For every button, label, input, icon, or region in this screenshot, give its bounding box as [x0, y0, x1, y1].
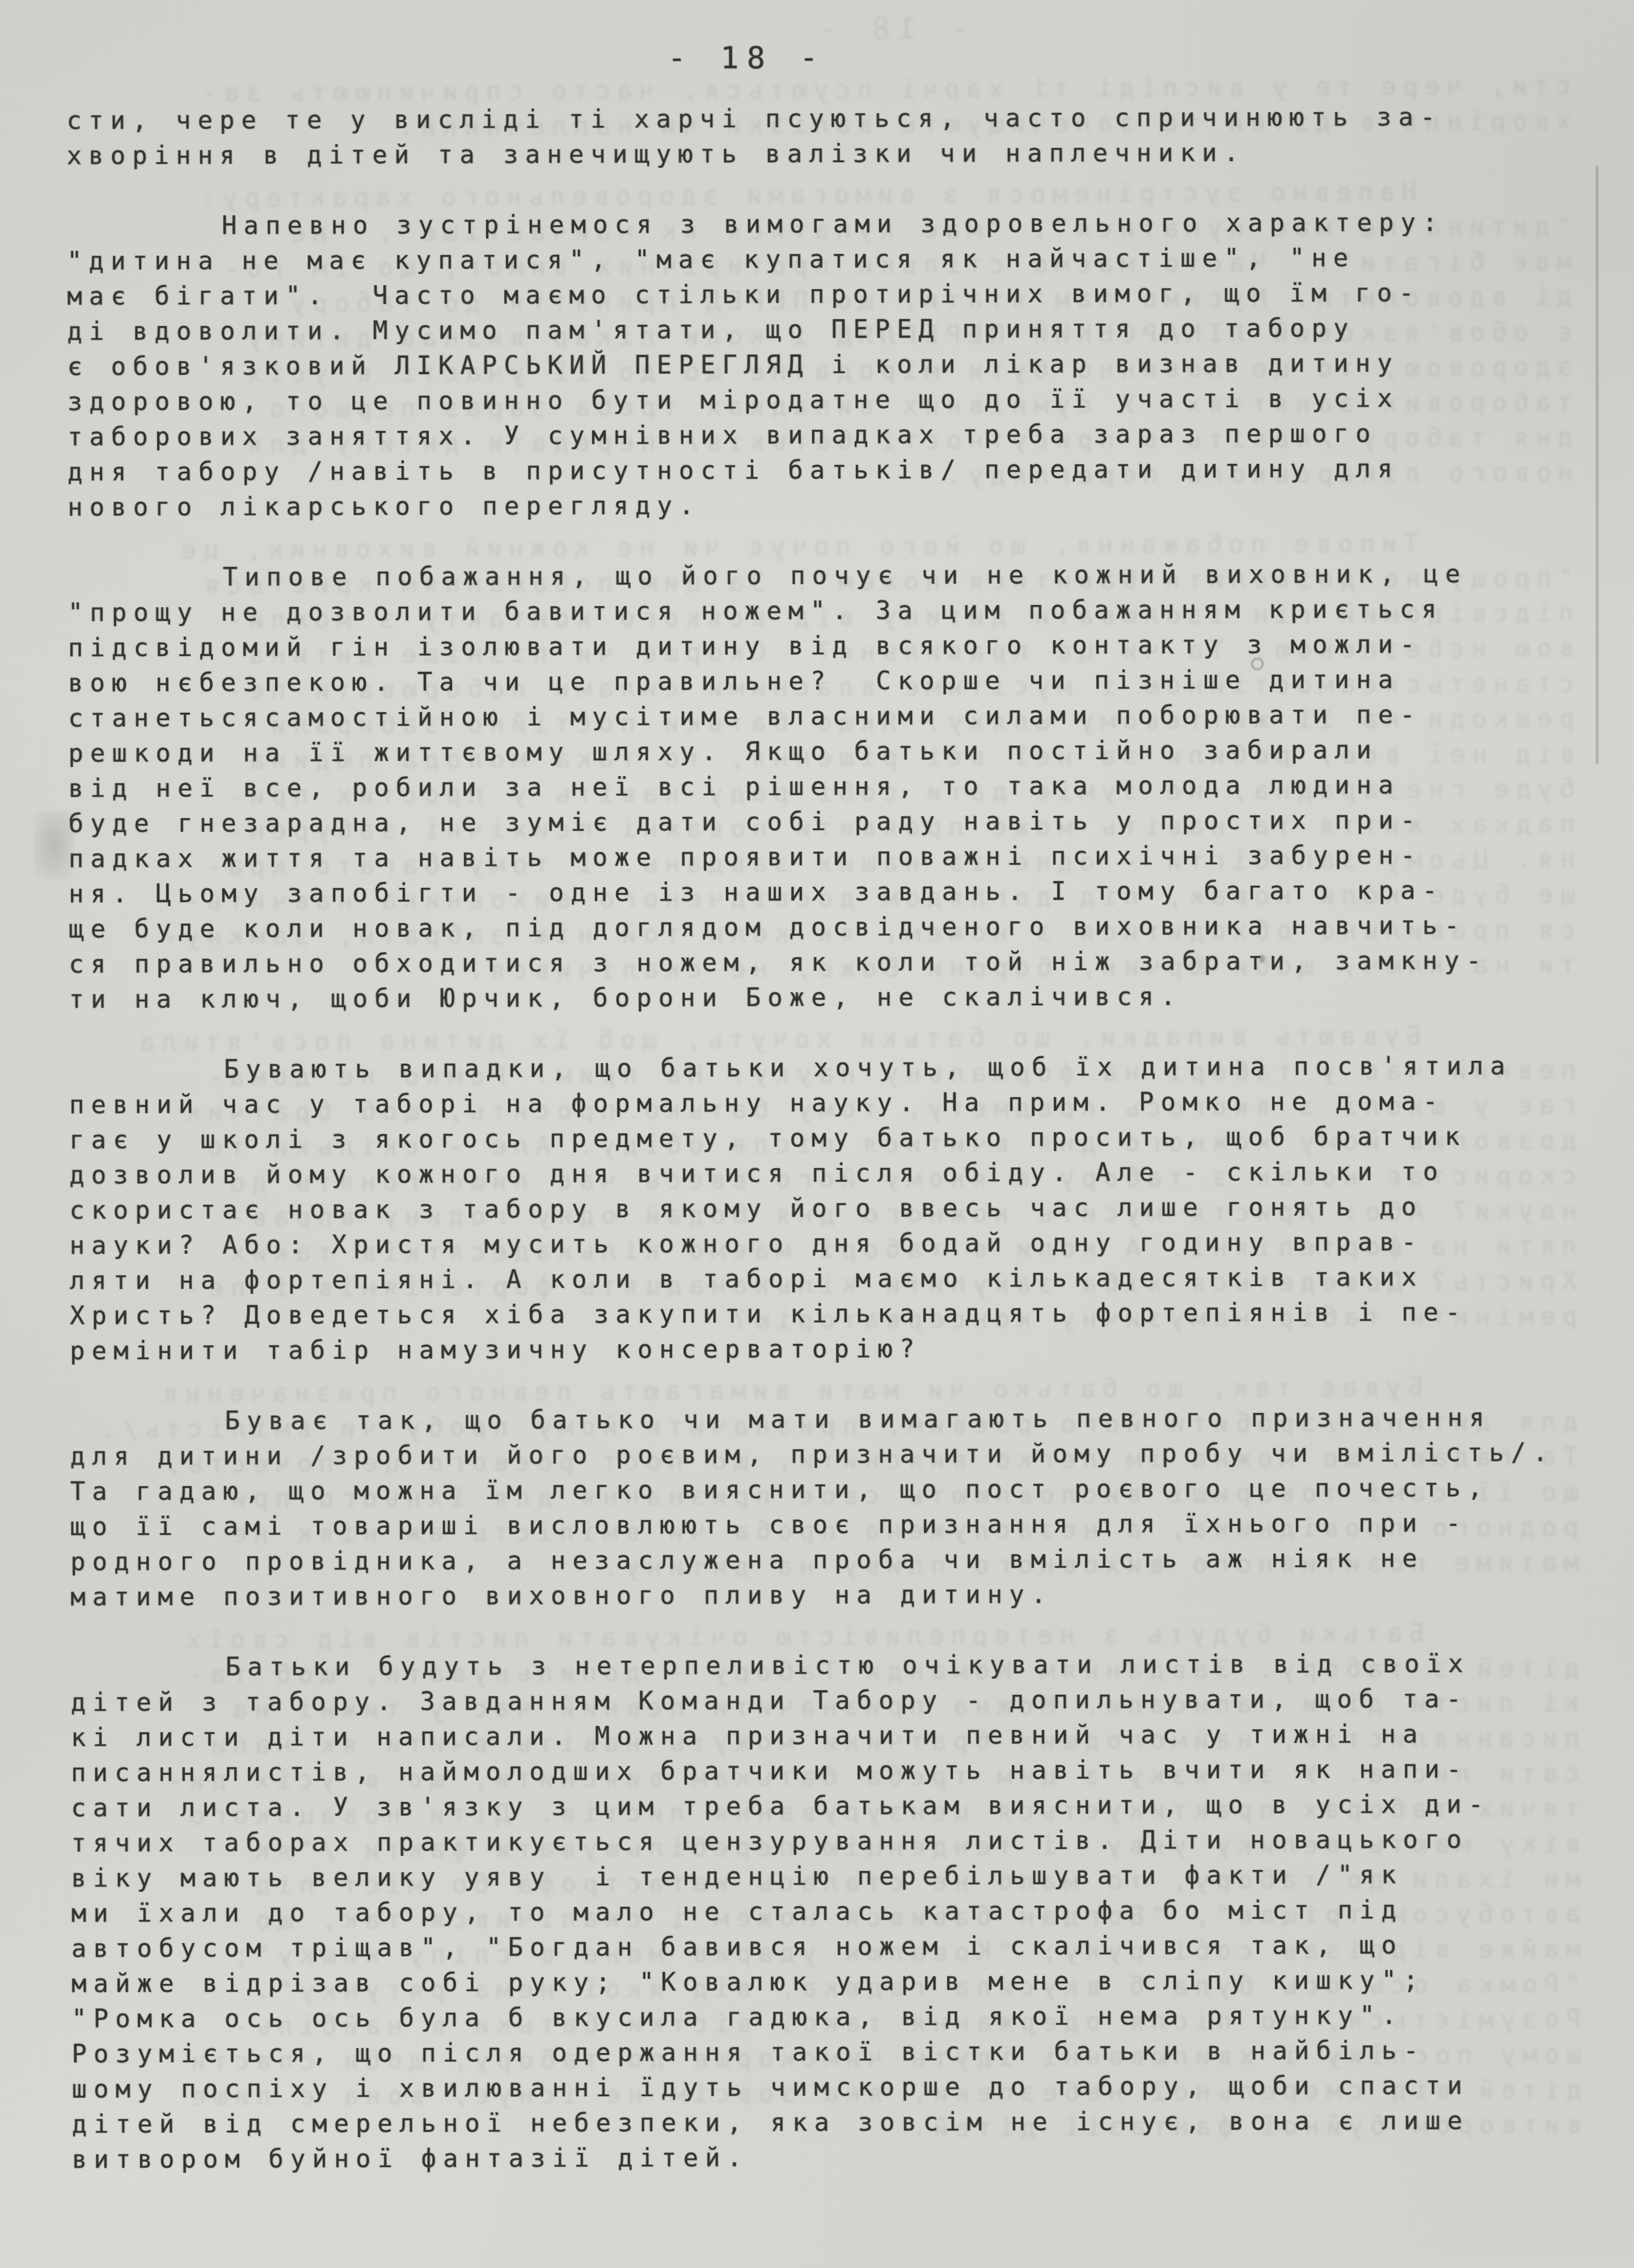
text-line: витвором буйної фантазії дітей. [72, 2138, 1591, 2177]
text-line: хворіння в дітей та занечищують валізки … [67, 134, 1586, 174]
page-number: - 18 - [0, 38, 1506, 78]
text-line: вою нєбезпекою. Та чи це правильне? Скор… [68, 662, 1587, 701]
paragraph: Батьки будуть з нетерпеливістю очікувати… [71, 1646, 1591, 2177]
paragraph: Напевно зустрінемося з вимогами здоровел… [67, 205, 1587, 525]
text-line: ся правильно обходитися з ножем, як коли… [69, 943, 1588, 982]
text-line: шому поспіху і хвилюванні їдуть чимскорш… [71, 2068, 1591, 2107]
scan-smudge [34, 811, 74, 879]
text-line: науки? Або: Христя мусить кожного дня бо… [70, 1224, 1589, 1263]
text-line: дітей від смерельної небезпеки, яка зовс… [72, 2103, 1591, 2142]
text-line: ще буде коли новак, під доглядом досвідч… [69, 908, 1588, 947]
text-line: Батьки будуть з нетерпеливістю очікувати… [71, 1646, 1590, 1685]
text-line: "дитина не має купатися", "має купатися … [67, 240, 1586, 279]
scan-edge-line [1596, 166, 1598, 764]
text-line: падках життя та навіть може проявити пов… [69, 837, 1588, 877]
text-line: віку мають велику уяву і тенденцію переб… [71, 1857, 1590, 1896]
text-line: сати листа. У зв'язку з цим треба батька… [71, 1787, 1590, 1826]
text-line: кі листи діти написали. Можна призначити… [71, 1716, 1590, 1755]
scan-speck [1259, 955, 1265, 963]
text-line: дозволив йому кожного дня вчитися після … [69, 1154, 1589, 1193]
text-line: тячих таборах практикується цензурування… [71, 1822, 1590, 1861]
paragraphs-container: сти, чере те у висліді ті харчі псуються… [66, 99, 1591, 2177]
scanned-document-page: { "document": { "page_number": "- 18 -",… [0, 0, 1634, 2268]
text-line: буде гнезарадна, не зуміє дати собі раду… [69, 802, 1588, 841]
text-line: таборових заняттях. У сумнівних випадках… [67, 416, 1587, 455]
text-line: підсвідомий гін ізолювати дитину від вся… [68, 627, 1587, 666]
text-line: ді вдоволити. Мусимо пам'ятати, що ПЕРЕД… [67, 310, 1586, 349]
text-line: автобусом тріщав", "Богдан бавився ножем… [71, 1927, 1591, 1966]
text-line: Буває так, що батько чи мати вимагають п… [70, 1400, 1589, 1439]
text-line: матиме позитивного виховного пливу на ди… [70, 1576, 1590, 1615]
text-line: писаннялистів, наймолодших братчики можу… [71, 1751, 1590, 1791]
text-line: є обов'язковий ЛІКАРСЬКИЙ ПЕРЕГЛЯД і кол… [67, 345, 1586, 384]
text-line: сти, чере те у висліді ті харчі псуються… [66, 99, 1586, 138]
text-line: Христь? Доведеться хіба закупити кількан… [70, 1294, 1589, 1334]
text-line: Та гадаю, що можна їм легко вияснити, що… [70, 1470, 1590, 1509]
text-line: скористає новак з табору в якому його вв… [69, 1189, 1589, 1228]
text-line: решкоди на її життєвому шляху. Якщо бать… [68, 732, 1587, 771]
text-line: родного провідника, а незаслужена проба … [70, 1541, 1590, 1580]
text-line: дітей з табору. Завданням Команди Табору… [71, 1681, 1590, 1720]
text-line: Напевно зустрінемося з вимогами здоровел… [67, 205, 1586, 244]
text-line: здоровою, то це повинно бути міродатне щ… [67, 380, 1587, 420]
text-line: "прощу не дозволити бавитися ножем". За … [68, 591, 1587, 631]
text-line: ня. Цьому запобігти - одне із наших завд… [69, 873, 1588, 912]
page-text-column: - 18 - сти, чере те у висліді ті харчі п… [66, 37, 1591, 2177]
text-line: що її самі товариші висловлюють своє при… [70, 1505, 1590, 1545]
text-line: гає у школі з якогось предмету, тому бат… [69, 1119, 1589, 1158]
paragraph: сти, чере те у висліді ті харчі псуються… [66, 99, 1586, 174]
text-line: станетьсясамостійною і мусітиме власними… [68, 697, 1587, 736]
text-line: від неї все, робили за неї всі рішення, … [68, 767, 1587, 806]
text-line: дня табору /навіть в присутності батьків… [67, 451, 1587, 490]
paragraph: Типове побажання, що його почує чи не ко… [67, 556, 1588, 1017]
text-line: Бувають випадки, що батьки хочуть, щоб ї… [69, 1048, 1589, 1088]
text-line: ти на ключ, щоби Юрчик, борони Боже, не … [69, 978, 1588, 1017]
text-line: майже відрізав собі руку; "Ковалюк удари… [71, 1962, 1591, 2002]
text-line: ми їхали до табору, то мало не сталась к… [71, 1892, 1591, 1931]
scan-speck [1251, 658, 1264, 670]
text-line: ремінити табір намузичну консерваторію? [70, 1330, 1589, 1369]
text-line: Розуміється, що після одержання такої ві… [71, 2033, 1591, 2072]
text-line: певний час у таборі на формальну науку. … [69, 1084, 1589, 1123]
text-line: має бігати". Часто маємо стільки протирі… [67, 275, 1586, 314]
paragraph: Буває так, що батько чи мати вимагають п… [70, 1400, 1590, 1615]
text-line: для дитини /зробити його роєвим, признач… [70, 1435, 1590, 1474]
paragraph: Бувають випадки, що батьки хочуть, щоб ї… [69, 1048, 1589, 1369]
text-line: нового лікарського перегляду. [67, 486, 1587, 525]
text-line: Типове побажання, що його почує чи не ко… [67, 556, 1587, 595]
text-line: "Ромка ось ось була б вкусила гадюка, ві… [71, 1998, 1591, 2037]
text-line: ляти на фортепіяні. А коли в таборі маєм… [70, 1259, 1589, 1298]
